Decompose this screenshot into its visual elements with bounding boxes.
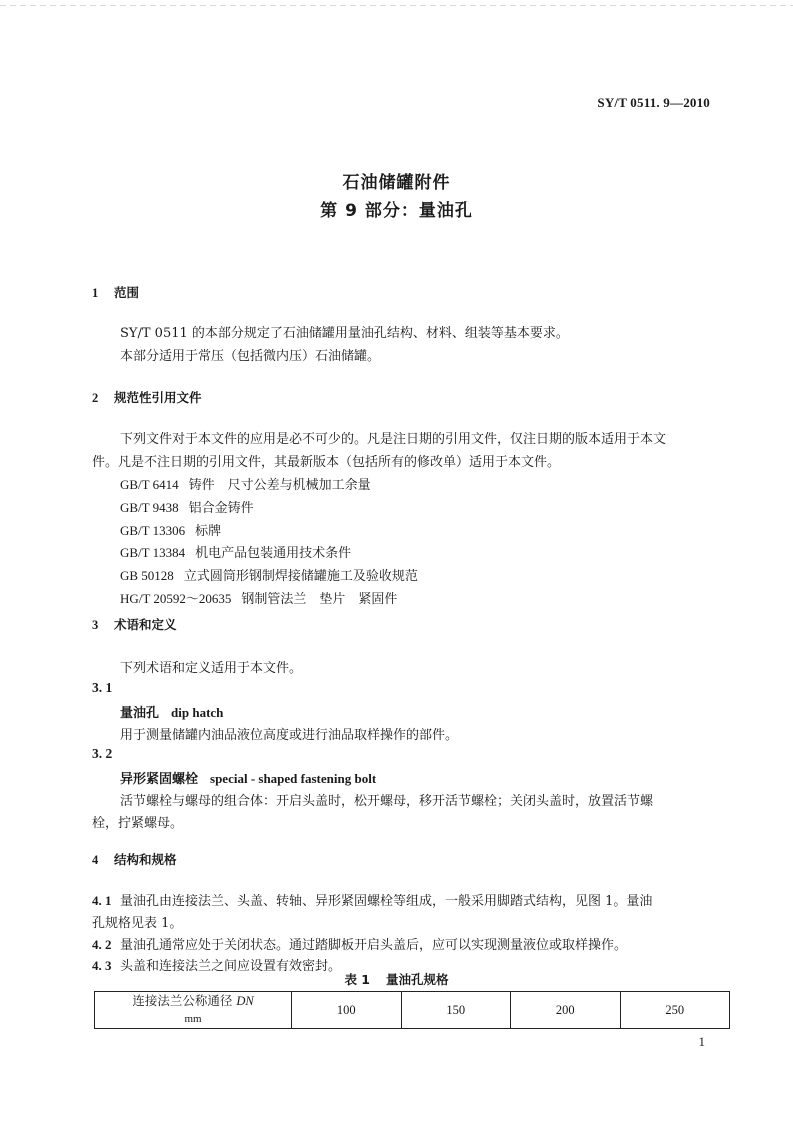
clause-4-1: 4. 1量油孔由连接法兰、头盖、转轴、异形紧固螺栓等组成，一般采用脚踏式结构，见… bbox=[92, 890, 652, 909]
term-english: dip hatch bbox=[171, 705, 223, 720]
table-caption-number: 表 1 bbox=[344, 972, 370, 987]
section-2-intro: 下列文件对于本文件的应用是必不可少的。凡是注日期的引用文件，仅注日期的版本适用于… bbox=[120, 428, 666, 447]
section-3-intro: 下列术语和定义适用于本文件。 bbox=[120, 657, 302, 676]
section-number: 1 bbox=[92, 286, 114, 301]
standard-number: SY/T 0511. 9—2010 bbox=[597, 95, 710, 111]
reference-code: GB/T 13306 bbox=[120, 523, 185, 539]
table-cell: 200 bbox=[511, 992, 621, 1029]
reference-code: GB/T 9438 bbox=[120, 500, 179, 516]
term-definition: 用于测量储罐内油品液位高度或进行油品取样操作的部件。 bbox=[120, 724, 458, 743]
term-number: 3. 1 bbox=[92, 680, 112, 696]
term-heading: 量油孔dip hatch bbox=[120, 702, 223, 721]
term-definition-cont: 栓，拧紧螺母。 bbox=[92, 812, 183, 831]
reference-code: GB 50128 bbox=[120, 568, 174, 584]
reference-code: HG/T 20592～20635 bbox=[120, 588, 231, 607]
clause-4-2: 4. 2量油孔通常应处于关闭状态。通过踏脚板开启头盖后，应可以实现测量液位或取样… bbox=[92, 934, 627, 953]
section-2-heading: 2规范性引用文件 bbox=[92, 388, 202, 406]
term-definition: 活节螺栓与螺母的组合体：开启头盖时，松开螺母，移开活节螺栓；关闭头盖时，放置活节… bbox=[120, 790, 653, 809]
section-title: 规范性引用文件 bbox=[114, 390, 202, 405]
reference-name: 钢制管法兰 垫片 紧固件 bbox=[241, 592, 397, 607]
page-number: 1 bbox=[699, 1034, 706, 1050]
clause-number: 4. 2 bbox=[92, 937, 120, 953]
header-symbol: DN bbox=[236, 994, 253, 1008]
section-number: 3 bbox=[92, 618, 114, 633]
reference-code: GB/T 6414 bbox=[120, 477, 179, 493]
clause-text: 量油孔通常应处于关闭状态。通过踏脚板开启头盖后，应可以实现测量液位或取样操作。 bbox=[120, 938, 627, 953]
reference-item: GB/T 13384机电产品包装通用技术条件 bbox=[120, 542, 351, 561]
section-3-heading: 3术语和定义 bbox=[92, 615, 177, 633]
header-unit: mm bbox=[95, 1010, 291, 1028]
header-label: 连接法兰公称通径 bbox=[132, 993, 232, 1008]
scan-top-edge bbox=[0, 5, 793, 6]
table-header-cell: 连接法兰公称通径 DN mm bbox=[95, 992, 292, 1029]
reference-name: 立式圆筒形钢制焊接储罐施工及验收规范 bbox=[184, 569, 418, 584]
table-cell: 100 bbox=[292, 992, 402, 1029]
clause-4-1-cont: 孔规格见表 1。 bbox=[92, 912, 182, 931]
reference-item: GB 50128立式圆筒形钢制焊接储罐施工及验收规范 bbox=[120, 565, 418, 584]
section-number: 4 bbox=[92, 853, 114, 868]
section-title: 结构和规格 bbox=[114, 852, 177, 867]
section-4-heading: 4结构和规格 bbox=[92, 850, 177, 868]
table-caption-title: 量油孔规格 bbox=[386, 972, 449, 987]
term-heading: 异形紧固螺栓special - shaped fastening bolt bbox=[120, 768, 376, 787]
term-chinese: 异形紧固螺栓 bbox=[120, 772, 198, 787]
section-1-heading: 1范围 bbox=[92, 283, 139, 301]
clause-text: 量油孔由连接法兰、头盖、转轴、异形紧固螺栓等组成，一般采用脚踏式结构，见图 1。… bbox=[120, 894, 652, 909]
reference-item: GB/T 6414铸件 尺寸公差与机械加工余量 bbox=[120, 474, 371, 493]
reference-code: GB/T 13384 bbox=[120, 545, 185, 561]
term-number: 3. 2 bbox=[92, 746, 112, 762]
table-cell: 250 bbox=[620, 992, 730, 1029]
reference-name: 铸件 尺寸公差与机械加工余量 bbox=[189, 478, 371, 493]
table-caption: 表 1量油孔规格 bbox=[0, 970, 793, 988]
document-title: 石油储罐附件 bbox=[0, 168, 793, 193]
reference-item: GB/T 13306标牌 bbox=[120, 520, 221, 539]
table-cell: 150 bbox=[401, 992, 511, 1029]
section-1-paragraph: SY/T 0511 的本部分规定了石油储罐用量油孔结构、材料、组装等基本要求。 bbox=[120, 322, 569, 341]
section-title: 范围 bbox=[114, 285, 139, 300]
reference-item: HG/T 20592～20635钢制管法兰 垫片 紧固件 bbox=[120, 588, 397, 607]
section-1-paragraph: 本部分适用于常压（包括微内压）石油储罐。 bbox=[120, 345, 380, 364]
reference-item: GB/T 9438铝合金铸件 bbox=[120, 497, 254, 516]
reference-name: 机电产品包装通用技术条件 bbox=[195, 546, 351, 561]
document-subtitle: 第 9 部分：量油孔 bbox=[0, 196, 793, 221]
reference-name: 铝合金铸件 bbox=[189, 501, 254, 516]
reference-name: 标牌 bbox=[195, 524, 221, 539]
section-title: 术语和定义 bbox=[114, 617, 177, 632]
term-chinese: 量油孔 bbox=[120, 706, 159, 721]
section-2-intro-cont: 件。凡是不注日期的引用文件，其最新版本（包括所有的修改单）适用于本文件。 bbox=[92, 451, 560, 470]
clause-number: 4. 1 bbox=[92, 893, 120, 909]
term-english: special - shaped fastening bolt bbox=[210, 771, 376, 786]
dip-hatch-spec-table: 连接法兰公称通径 DN mm 100 150 200 250 bbox=[94, 991, 730, 1029]
table-row: 连接法兰公称通径 DN mm 100 150 200 250 bbox=[95, 992, 730, 1029]
section-number: 2 bbox=[92, 391, 114, 406]
